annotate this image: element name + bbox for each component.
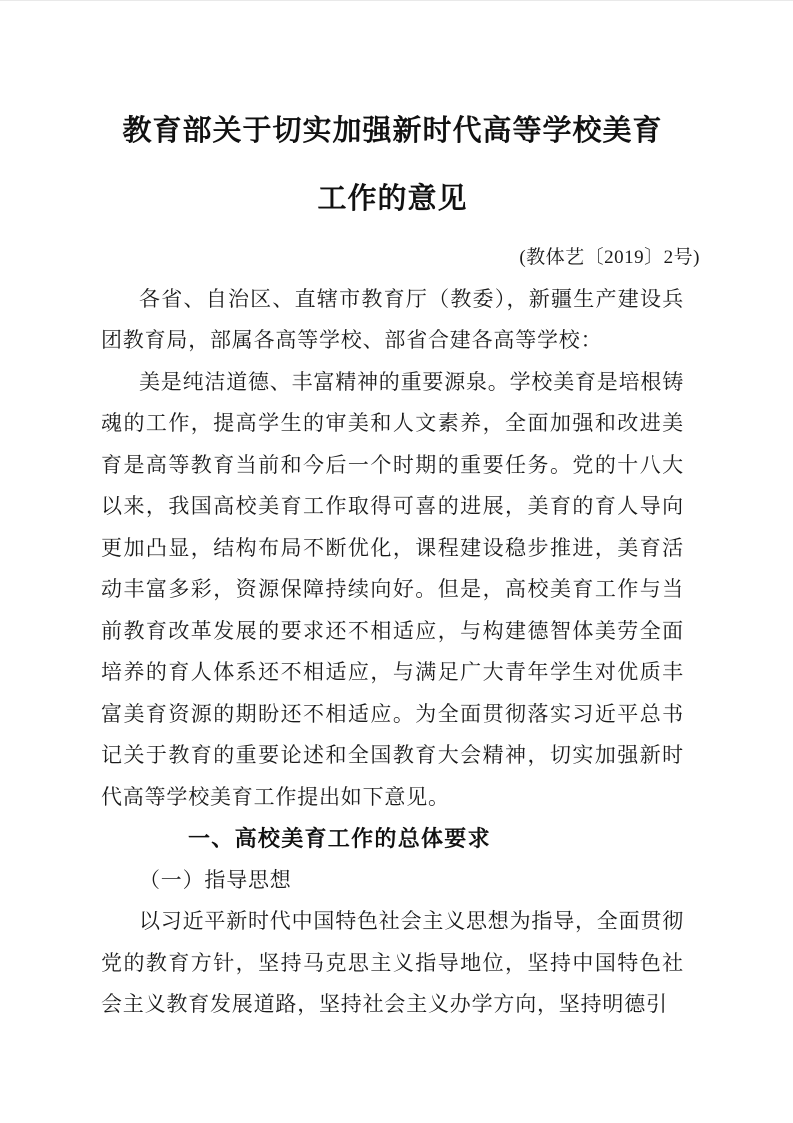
salutation-paragraph: 各省、自治区、直辖市教育厅（教委），新疆生产建设兵团教育局，部属各高等学校、部省… [101,279,684,362]
intro-paragraph: 美是纯洁道德、丰富精神的重要源泉。学校美育是培根铸魂的工作，提高学生的审美和人文… [101,362,684,819]
document-title-line-2: 工作的意见 [101,165,684,233]
document-title-line-1: 教育部关于切实加强新时代高等学校美育 [101,97,684,165]
document-page: 教育部关于切实加强新时代高等学校美育 工作的意见 (教体艺〔2019〕2号) 各… [0,0,793,1123]
section-1-paragraph-1: 以习近平新时代中国特色社会主义思想为指导，全面贯彻党的教育方针，坚持马克思主义指… [101,901,684,1026]
document-title: 教育部关于切实加强新时代高等学校美育 工作的意见 [101,97,684,233]
document-content: 教育部关于切实加强新时代高等学校美育 工作的意见 (教体艺〔2019〕2号) 各… [101,97,684,1026]
document-number: (教体艺〔2019〕2号) [101,237,700,279]
section-1-subheading: （一）指导思想 [101,860,684,902]
section-1-heading: 一、高校美育工作的总体要求 [101,818,684,860]
